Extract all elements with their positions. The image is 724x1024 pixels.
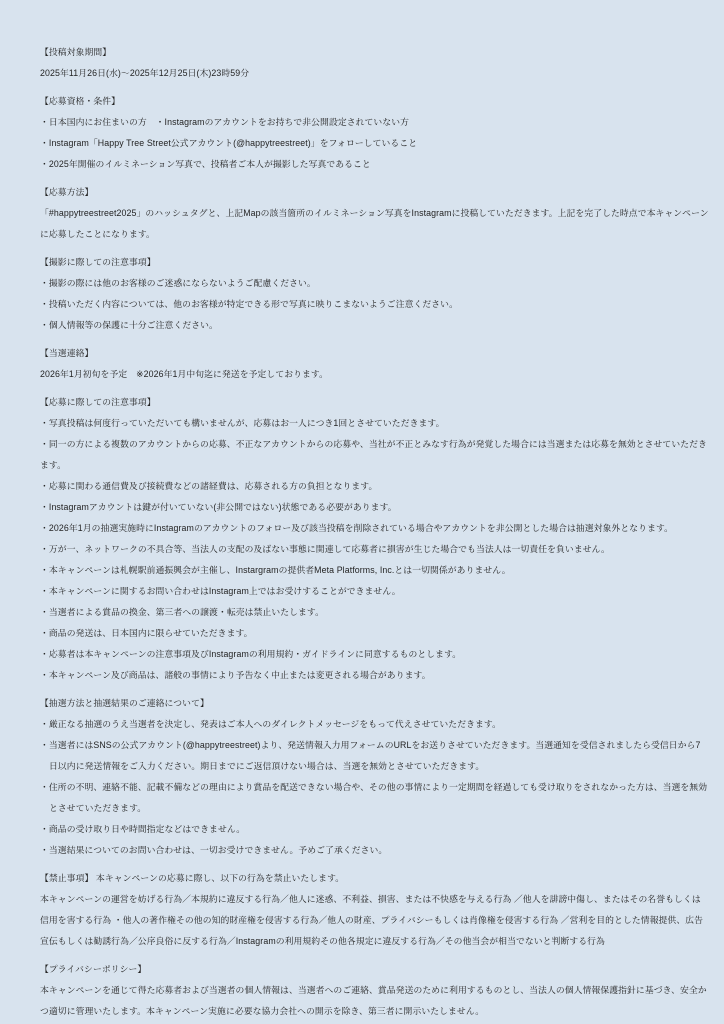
text-line: ・写真投稿は何度行っていただいても構いませんが、応募はお一人につき1回とさせてい… [40, 413, 709, 434]
section-lottery-results: 【抽選方法と抽選結果のご連絡について】・厳正なる抽選のうえ当選者を決定し、発表は… [40, 693, 709, 861]
text-line: ・応募者は本キャンペーンの注意事項及びInstagramの利用規約・ガイドライン… [40, 644, 709, 665]
text-line: ・同一の方による複数のアカウントからの応募、不正なアカウントからの応募や、当社が… [40, 434, 709, 476]
text-line: ・2025年開催のイルミネーション写真で、投稿者ご本人が撮影した写真であること [40, 154, 709, 175]
section-heading: 【禁止事項】 [40, 873, 93, 883]
section-winner-notice: 【当選連絡】2026年1月初旬を予定 ※2026年1月中旬迄に発送を予定しており… [40, 343, 709, 385]
section-heading: 【応募資格・条件】 [40, 91, 709, 112]
text-line: ・住所の不明、連絡不能、記載不備などの理由により賞品を配送できない場合や、その他… [40, 777, 709, 819]
section-heading: 【応募に際しての注意事項】 [40, 392, 709, 413]
text-line: ・厳正なる抽選のうえ当選者を決定し、発表はご本人へのダイレクトメッセージをもって… [40, 714, 709, 735]
text-line: 2026年1月初旬を予定 ※2026年1月中旬迄に発送を予定しております。 [40, 364, 709, 385]
section-how-to-enter: 【応募方法】「#happytreestreet2025」のハッシュタグと、上記M… [40, 182, 709, 245]
text-line: ・商品の受け取り日や時間指定などはできません。 [40, 819, 709, 840]
text-line: ・商品の発送は、日本国内に限らせていただきます。 [40, 623, 709, 644]
section-heading: 【応募方法】 [40, 182, 709, 203]
text-line: ・万が一、ネットワークの不具合等、当法人の支配の及ばない事態に関連して応募者に損… [40, 539, 709, 560]
section-heading: 【当選連絡】 [40, 343, 709, 364]
text-line: ・本キャンペーンに関するお問い合わせはInstagram上ではお受けすることがで… [40, 581, 709, 602]
section-privacy-policy: 【プライバシーポリシー】本キャンペーンを通じて得た応募者および当選者の個人情報は… [40, 959, 709, 1022]
text-line: ・本キャンペーン及び商品は、諸般の事情により予告なく中止または変更される場合があ… [40, 665, 709, 686]
text-line: 本キャンペーンを通じて得た応募者および当選者の個人情報は、当選者へのご連絡、賞品… [40, 980, 709, 1022]
section-eligibility: 【応募資格・条件】・日本国内にお住まいの方 ・Instagramのアカウントをお… [40, 91, 709, 175]
section-heading: 【抽選方法と抽選結果のご連絡について】 [40, 693, 709, 714]
text-line: 本キャンペーンの運営を妨げる行為／本規約に違反する行為／他人に迷惑、不利益、損害… [40, 889, 709, 952]
text-line: ・Instagram「Happy Tree Street公式アカウント(@hap… [40, 133, 709, 154]
section-photo-notes: 【撮影に際しての注意事項】・撮影の際には他のお客様のご迷惑にならないようご配慮く… [40, 252, 709, 336]
text-line: 「#happytreestreet2025」のハッシュタグと、上記Mapの該当箇… [40, 203, 709, 245]
text-line: ・当選者にはSNSの公式アカウント(@happytreestreet)より、発送… [40, 735, 709, 777]
section-heading: 【プライバシーポリシー】 [40, 959, 709, 980]
text-line: ・2026年1月の抽選実施時にInstagramのアカウントのフォロー及び該当投… [40, 518, 709, 539]
text-line: 2025年11月26日(水)～2025年12月25日(木)23時59分 [40, 63, 709, 84]
section-entry-notes: 【応募に際しての注意事項】・写真投稿は何度行っていただいても構いませんが、応募は… [40, 392, 709, 686]
section-heading: 【投稿対象期間】 [40, 42, 709, 63]
text-line: ・当選者による賞品の換金、第三者への譲渡・転売は禁止いたします。 [40, 602, 709, 623]
section-heading: 【撮影に際しての注意事項】 [40, 252, 709, 273]
campaign-terms-document: 【投稿対象期間】2025年11月26日(水)～2025年12月25日(木)23時… [0, 0, 724, 1024]
text-line: ・応募に関わる通信費及び接続費などの諸経費は、応募される方の負担となります。 [40, 476, 709, 497]
text-line: ・Instagramアカウントは鍵が付いていない(非公開ではない)状態である必要… [40, 497, 709, 518]
section-heading-line: 【禁止事項】 本キャンペーンの応募に際し、以下の行為を禁止いたします。 [40, 868, 709, 889]
section-lead-text: 本キャンペーンの応募に際し、以下の行為を禁止いたします。 [93, 873, 344, 883]
text-line: ・当選結果についてのお問い合わせは、一切お受けできません。予めご了承ください。 [40, 840, 709, 861]
text-line: ・撮影の際には他のお客様のご迷惑にならないようご配慮ください。 [40, 273, 709, 294]
section-prohibited-acts: 【禁止事項】 本キャンペーンの応募に際し、以下の行為を禁止いたします。本キャンペ… [40, 868, 709, 952]
text-line: ・投稿いただく内容については、他のお客様が特定できる形で写真に映りこまないようご… [40, 294, 709, 315]
section-posting-period: 【投稿対象期間】2025年11月26日(水)～2025年12月25日(木)23時… [40, 42, 709, 84]
text-line: ・個人情報等の保護に十分ご注意ください。 [40, 315, 709, 336]
text-line: ・本キャンペーンは札幌駅前通振興会が主催し、Instargramの提供者Meta… [40, 560, 709, 581]
text-line: ・日本国内にお住まいの方 ・Instagramのアカウントをお持ちで非公開設定さ… [40, 112, 709, 133]
